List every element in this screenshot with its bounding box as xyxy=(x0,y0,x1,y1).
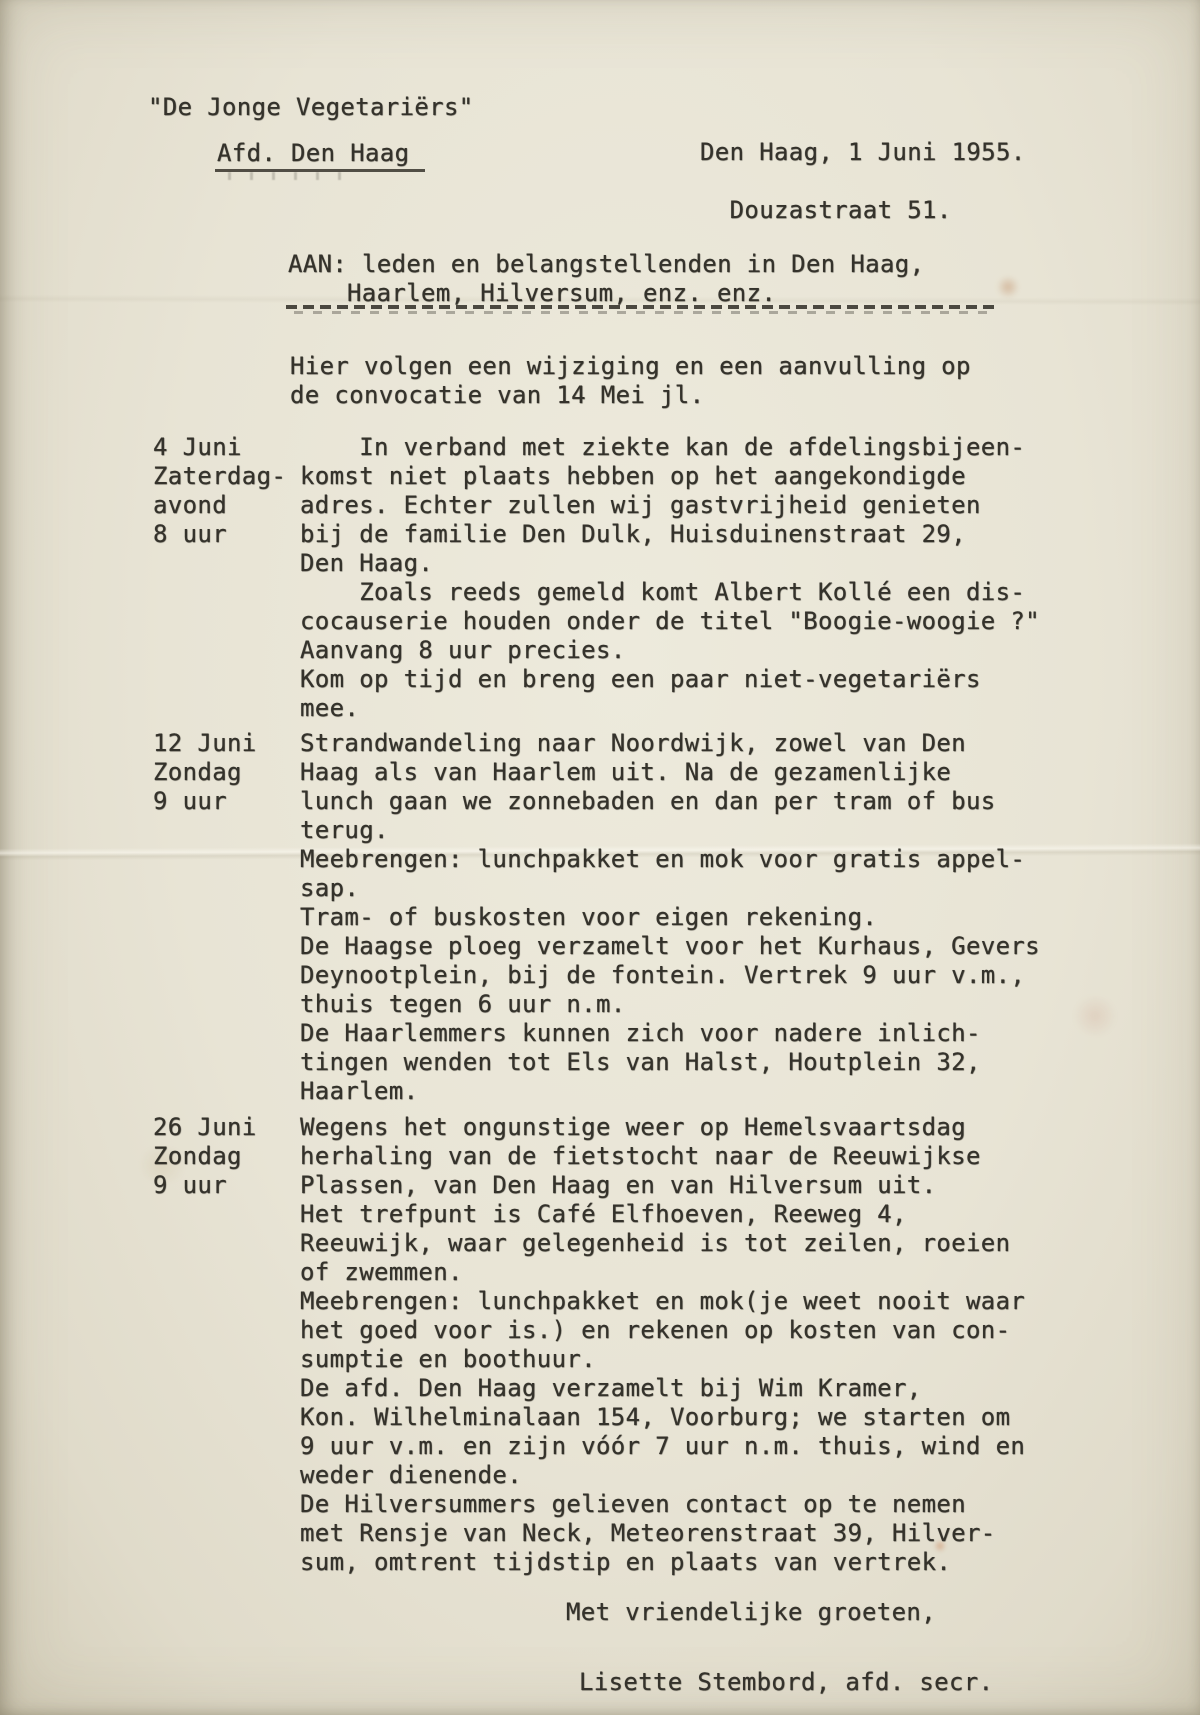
recipient-line-2: Haarlem, Hilversum, enz. enz. xyxy=(347,279,776,308)
place-date-line: Den Haag, 1 Juni 1955. xyxy=(700,138,1026,166)
closing-salutation: Met vriendelijke groeten, xyxy=(566,1598,936,1627)
dashed-divider xyxy=(286,305,1000,309)
section-1-date-label: 4 Juni Zaterdag- avond 8 uur xyxy=(153,433,303,549)
foxing-stain xyxy=(1072,996,1118,1036)
letterhead-dept: Afd. Den Haag xyxy=(215,139,425,172)
typewritten-letter-page: "De Jonge Vegetariërs" Afd. Den Haag Den… xyxy=(0,0,1200,1715)
section-2-body: Strandwandeling naar Noordwijk, zowel va… xyxy=(300,729,1068,1106)
address-line: Douzastraat 51. xyxy=(730,196,952,224)
typewriter-speckles xyxy=(228,172,358,180)
section-3-date-label: 26 Juni Zondag 9 uur xyxy=(153,1113,303,1200)
intro-paragraph: Hier volgen een wijziging en een aanvull… xyxy=(290,352,1060,410)
letterhead-org-name: "De Jonge Vegetariërs" xyxy=(148,92,474,123)
section-3-body: Wegens het ongunstige weer op Hemelsvaar… xyxy=(300,1113,1068,1577)
dashed-divider-echo xyxy=(294,311,994,314)
place-date-and-address: Den Haag, 1 Juni 1955. Douzastraat 51. xyxy=(700,138,1026,225)
signature-line: Lisette Stembord, afd. secr. xyxy=(579,1668,993,1697)
recipient-line-1: AAN: leden en belangstellenden in Den Ha… xyxy=(288,250,924,279)
letterhead-dept-text: Afd. Den Haag xyxy=(215,139,425,172)
section-2-date-label: 12 Juni Zondag 9 uur xyxy=(153,729,303,816)
section-1-body: In verband met ziekte kan de afdelingsbi… xyxy=(300,433,1068,723)
foxing-stain xyxy=(996,276,1020,298)
